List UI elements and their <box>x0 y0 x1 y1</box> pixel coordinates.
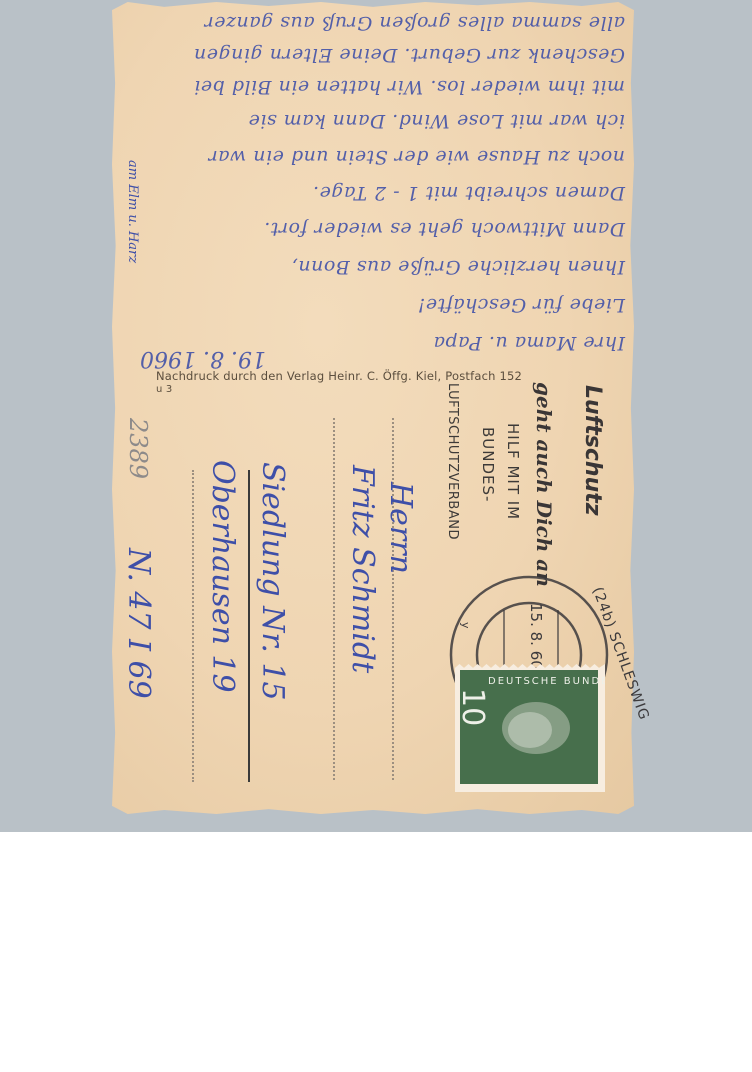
address-line <box>333 418 335 780</box>
message-line: Liebe für Geschäfte! <box>120 294 625 316</box>
address-line <box>392 418 394 780</box>
message-line: mit ihm wieder los. Wir hatten ein Bild … <box>120 76 625 98</box>
margin-note: am Elm u. Harz <box>125 160 140 263</box>
postage-stamp: 10 DEUTSCHE BUNDESPOST <box>455 664 605 792</box>
message-line: Ihnen herzliche Grüße aus Bonn, <box>120 256 625 278</box>
stamp-face: 10 DEUTSCHE BUNDESPOST <box>460 670 598 784</box>
slogan-cancel-line: LUFTSCHUTZVERBAND <box>445 383 460 540</box>
publisher-imprint: Nachdruck durch den Verlag Heinr. C. Öff… <box>156 370 522 396</box>
publisher-code: u 3 <box>156 383 522 396</box>
slogan-cancel-line: HILF MIT IM <box>504 423 522 520</box>
postmark-code: y <box>459 622 472 629</box>
pencil-number: 2389 <box>124 418 152 479</box>
address-line-2: Fritz Schmidt <box>345 465 380 673</box>
handwritten-message: alle samma alles großen Gruß aus ganzer … <box>120 6 630 376</box>
message-line: ich war mit Lose Wind. Dann kam sie <box>120 110 625 132</box>
message-line: alle samma alles großen Gruß aus ganzer <box>120 12 625 34</box>
address-line-3: Siedlung Nr. 15 <box>255 462 290 701</box>
postmark-date: 15. 8. 60 <box>527 603 545 670</box>
message-line: noch zu Hause wie der Stein und ein war <box>120 146 625 168</box>
address-line-4: Oberhausen 19 <box>205 460 240 693</box>
address-divider <box>248 470 250 782</box>
message-line: Dann Mittwoch geht es wieder fort. <box>120 218 625 240</box>
side-note: N. 47 I 69 <box>121 548 156 699</box>
slogan-cancel-line: Luftschutz <box>580 385 605 516</box>
message-line: Geschenk zur Geburt. Deine Eltern gingen <box>120 44 625 66</box>
message-line: Damen schreibt mit 1 - 2 Tage. <box>120 182 625 204</box>
stamp-value: 10 <box>455 688 490 726</box>
message-date: 19. 8. 1960 <box>140 346 266 371</box>
address-line-1: Herrn <box>383 482 418 574</box>
address-line <box>192 470 194 782</box>
publisher-line: Nachdruck durch den Verlag Heinr. C. Öff… <box>156 369 522 383</box>
slogan-cancel-line: geht auch Dich an <box>532 382 556 587</box>
slogan-cancel-line: BUNDES- <box>479 427 497 502</box>
